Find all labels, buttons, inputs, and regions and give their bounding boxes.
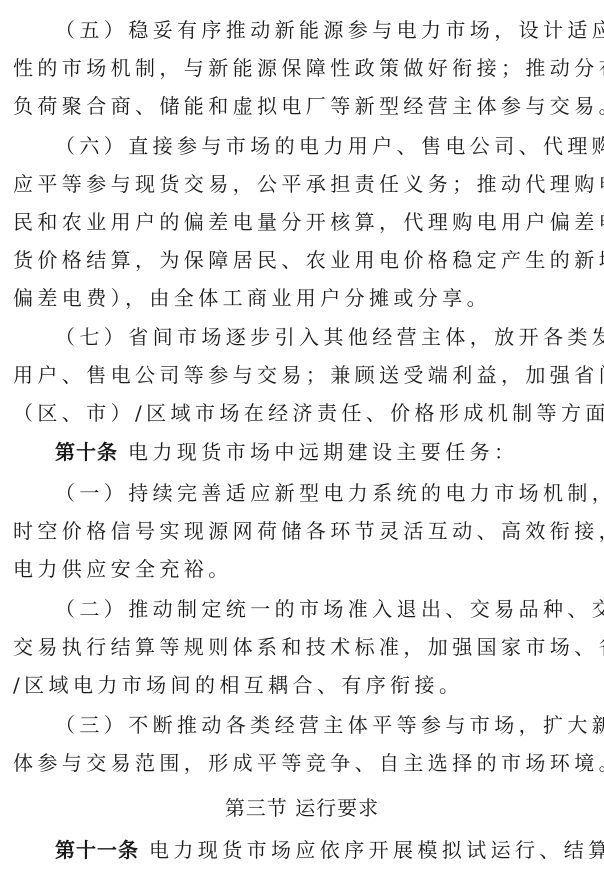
item-6-line-2: 应平等参与现货交易，公平承担责任义务；推动代理购电用户、居 [13, 172, 593, 196]
article-10-item-2-line-2: 交易执行结算等规则体系和技术标准，加强国家市场、省（区、市） [13, 635, 593, 659]
article-10-item-1-line-3: 电力供应安全充裕。 [13, 557, 593, 581]
item-7-line-1: （七）省间市场逐步引入其他经营主体，放开各类发电企业、 [55, 325, 595, 349]
article-11-text: 电力现货市场应依序开展模拟试运行、结算试运行 [149, 838, 604, 862]
article-10-item-1-line-1: （一）持续完善适应新型电力系统的电力市场机制，通过市场 [55, 481, 595, 505]
item-6-line-5: 偏差电费），由全体工商业用户分摊或分享。 [13, 286, 593, 310]
article-10-line: 第十条电力现货市场中远期建设主要任务： [55, 440, 595, 464]
item-6-line-4: 货价格结算，为保障居民、农业用电价格稳定产生的新增损益（含 [13, 248, 593, 272]
article-10-item-3-line-2: 体参与交易范围，形成平等竞争、自主选择的市场环境。 [13, 751, 593, 775]
item-7-line-3: （区、市）/区域市场在经济责任、价格形成机制等方面的动态衔接。 [13, 401, 593, 425]
article-11-label: 第十一条 [55, 838, 139, 862]
article-10-label: 第十条 [55, 440, 118, 464]
item-5-line-3: 负荷聚合商、储能和虚拟电厂等新型经营主体参与交易。 [13, 94, 593, 118]
article-10-item-1-line-2: 时空价格信号实现源网荷储各环节灵活互动、高效衔接，促进保障 [13, 519, 593, 543]
item-7-line-2: 用户、售电公司等参与交易；兼顾送受端利益，加强省间市场与省 [13, 363, 593, 387]
article-10-item-2-line-1: （二）推动制定统一的市场准入退出、交易品种、交易时序、 [55, 597, 595, 621]
article-10-item-3-line-1: （三）不断推动各类经营主体平等参与市场，扩大新型经营主 [55, 713, 595, 737]
article-10-item-2-line-3: /区域电力市场间的相互耦合、有序衔接。 [13, 673, 593, 697]
item-6-line-3: 民和农业用户的偏差电量分开核算，代理购电用户偏差电量按照现 [13, 210, 593, 234]
document-page: （五）稳妥有序推动新能源参与电力市场，设计适应新能源特 性的市场机制，与新能源保… [0, 0, 604, 874]
item-5-line-2: 性的市场机制，与新能源保障性政策做好衔接；推动分布式发电、 [13, 56, 593, 80]
item-5-line-1: （五）稳妥有序推动新能源参与电力市场，设计适应新能源特 [55, 18, 595, 42]
article-11-line: 第十一条电力现货市场应依序开展模拟试运行、结算试运行 [55, 838, 595, 862]
section-heading: 第三节 运行要求 [0, 796, 604, 820]
article-10-text: 电力现货市场中远期建设主要任务： [128, 440, 518, 464]
item-6-line-1: （六）直接参与市场的电力用户、售电公司、代理购电用户等 [55, 134, 595, 158]
